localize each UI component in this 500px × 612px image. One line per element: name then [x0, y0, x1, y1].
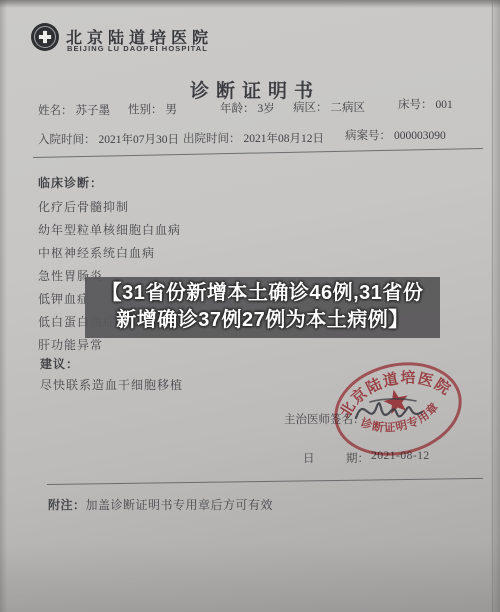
- patient-age-field: 年龄：3岁: [220, 100, 275, 116]
- news-caption-overlay: 【31省份新增本土确诊46例,31省份 新增确诊37例27例为本土病例】: [85, 277, 440, 338]
- diagnosis-item: 化疗后骨髓抑制: [38, 196, 181, 219]
- photo-shadow-left: [0, 0, 7, 612]
- patient-bed-label: 床号：: [398, 99, 433, 111]
- patient-age-label: 年龄：: [220, 103, 255, 115]
- suggestion-text: 尽快联系造血干细胞移植: [40, 376, 183, 393]
- suggestion-heading: 建议：: [40, 355, 79, 372]
- footer-note: 附注：加盖诊断证明书专用章后方可有效: [48, 496, 273, 513]
- patient-bed-value: 001: [436, 99, 453, 111]
- discharge-date-field: 出院时间：2021年08月12日: [183, 130, 324, 146]
- diagnosis-certificate-photo: 北京陆道培医院 BEIJING LU DAOPEI HOSPITAL 诊断证明书…: [0, 0, 500, 612]
- patient-age-value: 3岁: [258, 103, 275, 115]
- divider-line-bottom: [47, 478, 483, 485]
- hospital-logo-icon: [30, 22, 60, 52]
- record-number-label: 病案号：: [345, 130, 391, 142]
- footer-note-text: 加盖诊断证明书专用章后方可有效: [86, 498, 274, 512]
- patient-ward-label: 病区：: [293, 102, 328, 114]
- news-caption-line2: 新增确诊37例27例为本土病例】: [85, 307, 440, 334]
- discharge-date-label: 出院时间：: [183, 133, 241, 145]
- patient-bed-field: 床号：001: [398, 96, 453, 112]
- photo-shadow-bottom: [0, 542, 500, 612]
- diagnosis-item: 幼年型粒单核细胞白血病: [38, 219, 181, 242]
- photo-shadow-right: [490, 0, 500, 612]
- admit-date-label: 入院时间：: [38, 134, 96, 146]
- diagnosis-item: 中枢神经系统白血病: [38, 242, 181, 265]
- patient-gender-label: 性别：: [128, 104, 163, 116]
- doctor-signature-handwriting: [350, 388, 435, 436]
- patient-ward-value: 二病区: [331, 102, 366, 114]
- date-day-label: 日: [303, 450, 315, 466]
- divider-line-top: [33, 148, 483, 158]
- patient-name-field: 姓名：苏子墨: [38, 102, 110, 118]
- admit-date-field: 入院时间：2021年07月30日: [38, 131, 179, 147]
- diagnosis-heading: 临床诊断：: [38, 174, 103, 191]
- patient-name-value: 苏子墨: [76, 105, 111, 117]
- record-number-value: 000003090: [394, 130, 446, 142]
- news-caption-line1: 【31省份新增本土确诊46例,31省份: [85, 280, 440, 307]
- hospital-name-en: BEIJING LU DAOPEI HOSPITAL: [67, 44, 208, 53]
- photo-shadow-top: [0, 0, 500, 8]
- patient-name-label: 姓名：: [38, 105, 73, 117]
- record-number-field: 病案号：000003090: [345, 127, 446, 143]
- admit-date-value: 2021年07月30日: [99, 134, 180, 146]
- discharge-date-value: 2021年08月12日: [244, 133, 325, 145]
- patient-ward-field: 病区：二病区: [293, 99, 365, 115]
- footer-note-label: 附注：: [48, 498, 86, 512]
- patient-gender-value: 男: [166, 104, 178, 116]
- patient-gender-field: 性别：男: [128, 101, 177, 117]
